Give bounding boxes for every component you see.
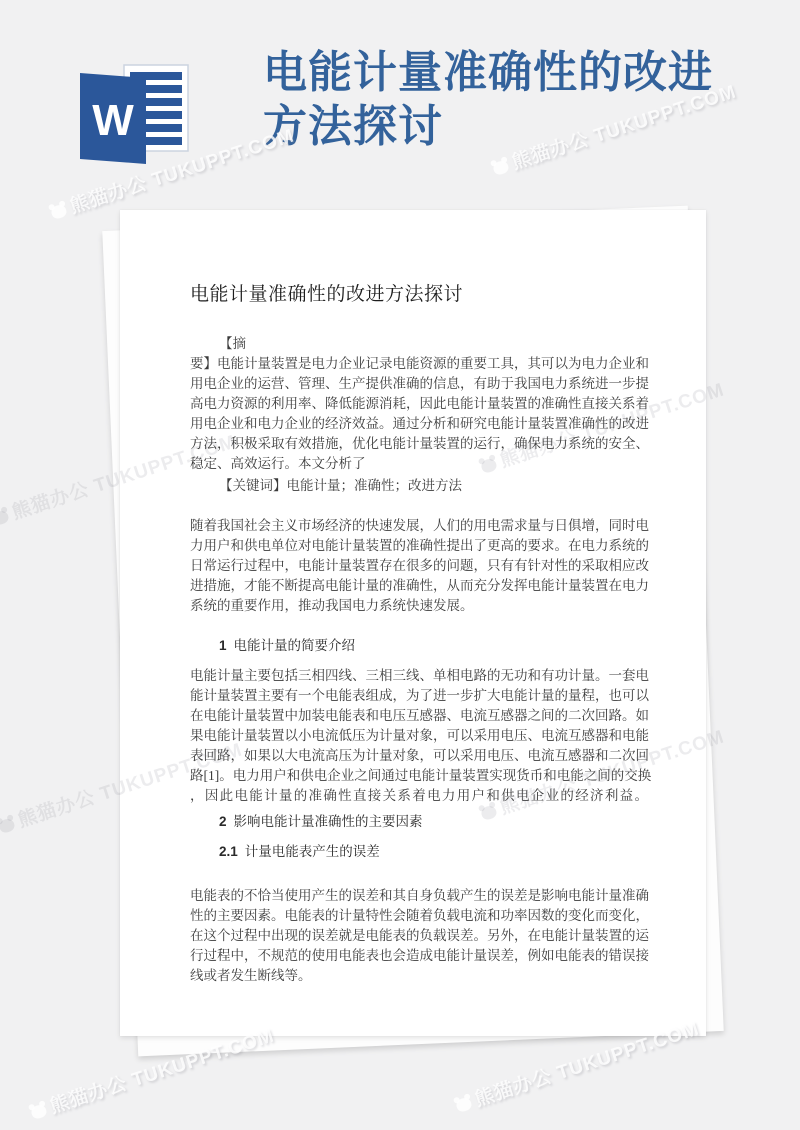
heading-number: 1 [219, 638, 227, 653]
word-icon-letter: W [92, 96, 134, 145]
doc-section-heading: 2.1计量电能表产生的误差 [190, 842, 648, 862]
heading-text: 计量电能表产生的误差 [245, 844, 380, 859]
doc-text-line: 稳定、高效运行。本文分析了 [190, 454, 648, 474]
heading-text: 电能计量的简要介绍 [234, 638, 356, 653]
doc-paragraph: 电能表的不恰当使用产生的误差和其自身负载产生的误差是影响电能计量准确性的主要因素… [190, 886, 648, 986]
doc-text-line: 高电力资源的利用率、降低能源消耗，因此电能计量装置的准确性直接关系着 [190, 394, 648, 414]
doc-text-line: ，因此电能计量的准确性直接关系着电力用户和供电企业的经济利益。 [190, 786, 648, 806]
page-title: 电能计量准确性的改进 方法探讨 [263, 46, 713, 154]
doc-text-line: 日常运行过程中，电能计量装置存在很多的问题，只有有针对性的采取相应改 [190, 556, 648, 576]
doc-text-line: 用电企业和电力企业的经济效益。通过分析和研究电能计量装置准确性的改进 [190, 414, 648, 434]
doc-text-line: 系统的重要作用，推动我国电力系统快速发展。 [190, 596, 648, 616]
page-background: W 电能计量准确性的改进 方法探讨 电能计量准确性的改进方法探讨 【摘要】电能计… [0, 0, 800, 1130]
word-icon: W [78, 60, 206, 166]
document-page: 电能计量准确性的改进方法探讨 【摘要】电能计量装置是电力企业记录电能资源的重要工… [120, 210, 706, 1036]
panda-logo-icon [455, 1096, 473, 1113]
doc-text-line: 能计量装置主要有一个电能表组成，为了进一步扩大电能计量的量程，也可以 [190, 686, 648, 706]
doc-text-line: 行过程中，不规范的使用电能表也会造成电能计量误差，例如电能表的错误接 [190, 946, 648, 966]
doc-text-line: 电能计量主要包括三相四线、三相三线、单相电路的无功和有功计量。一套电 [190, 666, 648, 686]
page-title-line1: 电能计量准确性的改进 [263, 46, 713, 100]
doc-text-line: 方法，积极采取有效措施，优化电能计量装置的运行，确保电力系统的安全、 [190, 434, 648, 454]
doc-text-line: 【关键词】电能计量；准确性；改进方法 [190, 476, 648, 496]
heading-number: 2.1 [219, 844, 238, 859]
word-document-icon: W [78, 60, 206, 166]
doc-section-heading: 2影响电能计量准确性的主要因素 [190, 812, 648, 832]
doc-text-line: 进措施，才能不断提高电能计量的准确性，从而充分发挥电能计量装置在电力 [190, 576, 648, 596]
panda-logo-icon [30, 1103, 48, 1120]
doc-text-line: 性的主要因素。电能表的计量特性会随着负载电流和功率因数的变化而变化， [190, 906, 648, 926]
doc-text-line: 力用户和供电单位对电能计量装置的准确性提出了更高的要求。在电力系统的 [190, 536, 648, 556]
heading-number: 2 [219, 814, 227, 829]
page-title-line2: 方法探讨 [263, 100, 713, 154]
doc-text-line: 线或者发生断线等。 [190, 966, 648, 986]
panda-logo-icon [0, 817, 16, 834]
doc-text-line: 果电能计量装置以小电流低压为计量对象，可以采用电压、电流互感器和电能 [190, 726, 648, 746]
doc-section-heading: 1电能计量的简要介绍 [190, 636, 648, 656]
doc-text-line: 用电企业的运营、管理、生产提供准确的信息，有助于我国电力系统进一步提 [190, 374, 648, 394]
panda-logo-icon [492, 159, 510, 176]
doc-text-line: 【摘 [190, 334, 648, 354]
doc-paragraph: 电能计量主要包括三相四线、三相三线、单相电路的无功和有功计量。一套电能计量装置主… [190, 666, 648, 806]
document-content: 电能计量准确性的改进方法探讨 【摘要】电能计量装置是电力企业记录电能资源的重要工… [120, 210, 706, 986]
doc-text-line: 电能表的不恰当使用产生的误差和其自身负载产生的误差是影响电能计量准确 [190, 886, 648, 906]
panda-logo-icon [50, 203, 68, 220]
doc-text-line: 随着我国社会主义市场经济的快速发展，人们的用电需求量与日俱增，同时电 [190, 516, 648, 536]
doc-paragraph: 【关键词】电能计量；准确性；改进方法 [190, 476, 648, 496]
panda-logo-icon [0, 509, 10, 526]
doc-text-line: 在这个过程中出现的误差就是电能表的负载误差。另外，在电能计量装置的运 [190, 926, 648, 946]
document-body: 【摘要】电能计量装置是电力企业记录电能资源的重要工具，其可以为电力企业和用电企业… [190, 334, 648, 986]
doc-paragraph: 随着我国社会主义市场经济的快速发展，人们的用电需求量与日俱增，同时电力用户和供电… [190, 516, 648, 616]
doc-paragraph: 【摘要】电能计量装置是电力企业记录电能资源的重要工具，其可以为电力企业和用电企业… [190, 334, 648, 474]
doc-text-line: 在电能计量装置中加装电能表和电压互感器、电流互感器之间的二次回路。如 [190, 706, 648, 726]
doc-text-line: 路[1]。电力用户和供电企业之间通过电能计量装置实现货币和电能之间的交换 [190, 766, 648, 786]
heading-text: 影响电能计量准确性的主要因素 [234, 814, 423, 829]
doc-text-line: 表回路，如果以大电流高压为计量对象，可以采用电压、电流互感器和二次回 [190, 746, 648, 766]
doc-text-line: 要】电能计量装置是电力企业记录电能资源的重要工具，其可以为电力企业和 [190, 354, 648, 374]
document-title: 电能计量准确性的改进方法探讨 [190, 282, 648, 308]
